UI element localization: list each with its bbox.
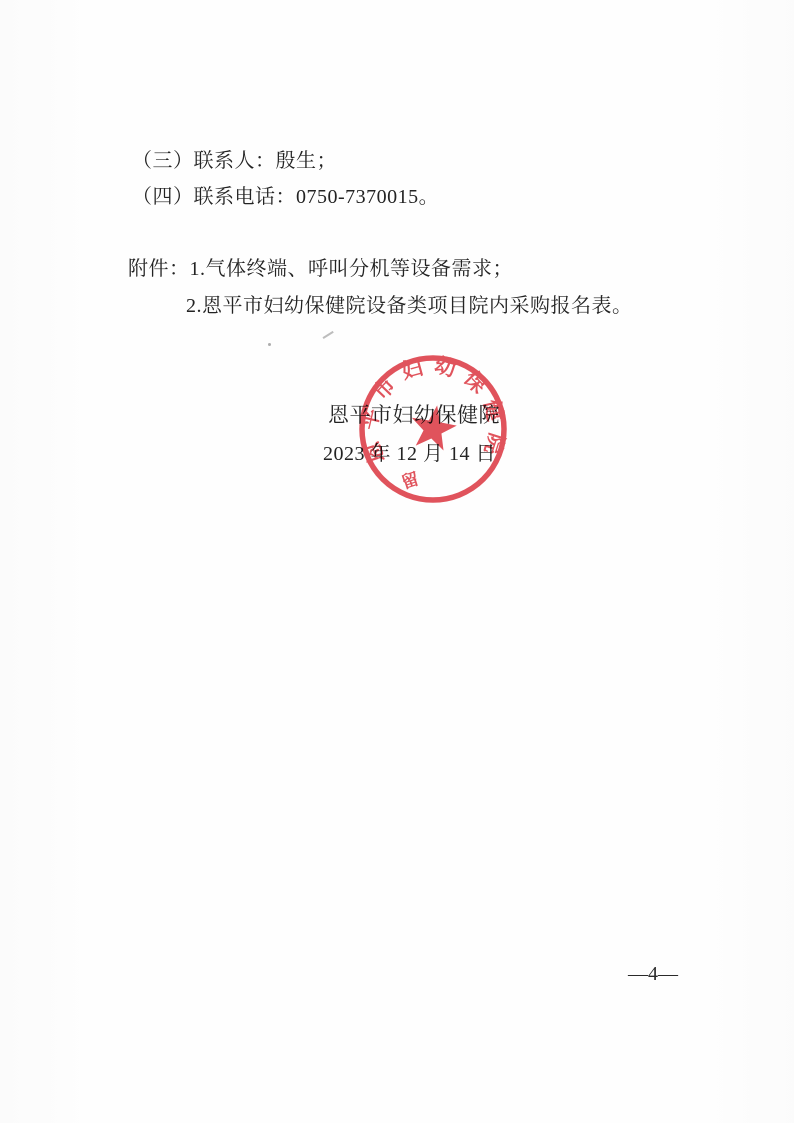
document-page: （三）联系人：殷生； （四）联系电话：0750-7370015。 附件：1.气体… xyxy=(0,0,794,1123)
contact-person-line: （三）联系人：殷生； xyxy=(132,144,337,173)
attachment-line-1: 附件：1.气体终端、呼叫分机等设备需求； xyxy=(128,252,513,281)
seal-arc-text: 恩平市妇幼保健院 xyxy=(357,353,510,466)
attachment-line-2: 2.恩平市妇幼保健院设备类项目院内采购报名表。 xyxy=(186,289,633,318)
page-number: —4— xyxy=(628,963,678,986)
seal-star-icon xyxy=(407,401,459,452)
contact-phone-line: （四）联系电话：0750-7370015。 xyxy=(132,180,439,209)
svg-text:恩平市妇幼保健院: 恩平市妇幼保健院 xyxy=(357,353,510,466)
scan-artifact-mark xyxy=(323,331,334,339)
scan-artifact-dot xyxy=(268,343,271,346)
official-seal-stamp: 恩平市妇幼保健院 留 xyxy=(353,349,513,509)
seal-bottom-text: 留 xyxy=(399,468,421,492)
